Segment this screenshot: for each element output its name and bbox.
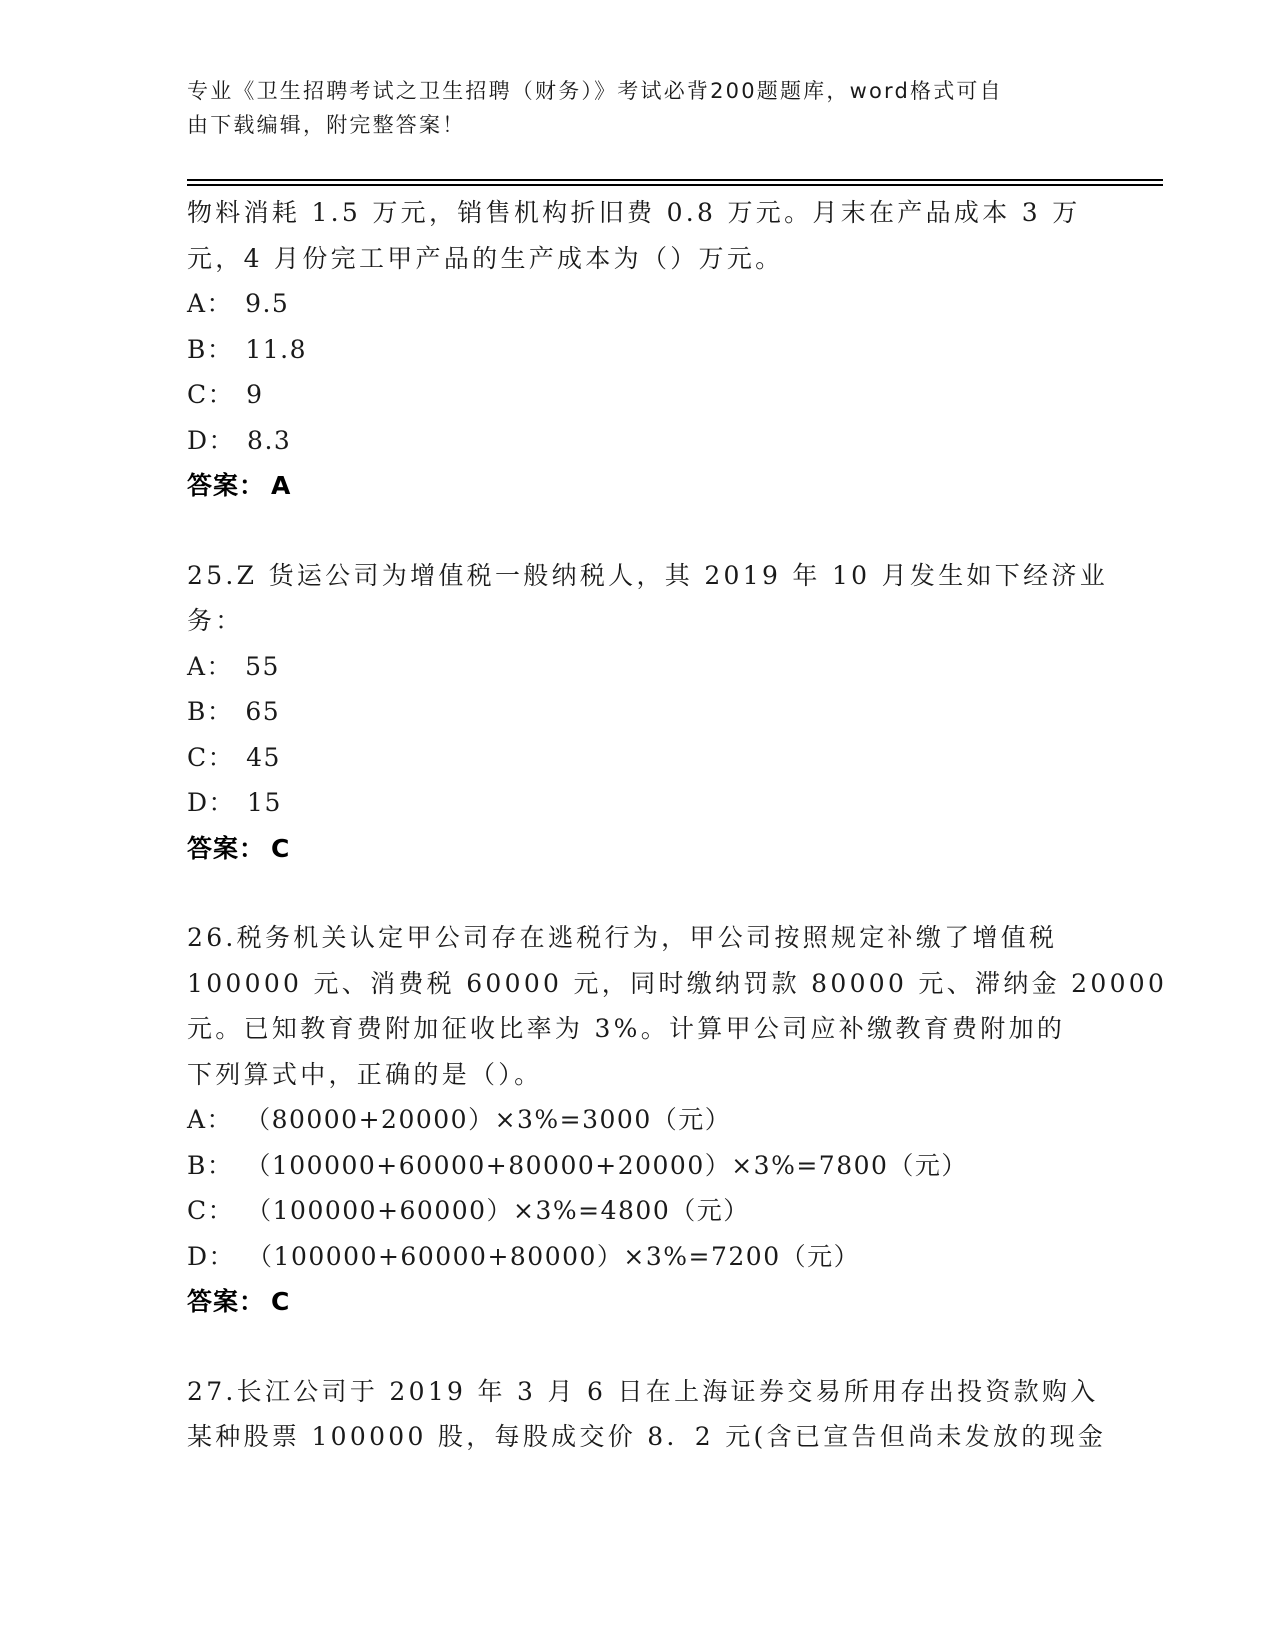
option-letter: C： <box>187 372 234 418</box>
option-value: 15 <box>247 780 282 826</box>
answer-label: 答案： <box>187 834 265 863</box>
option-value: （100000+60000+80000）×3%=7200（元） <box>247 1234 860 1280</box>
option-value: 45 <box>246 735 281 781</box>
answer-value: C <box>271 1287 290 1316</box>
option-b: B：65 <box>187 689 1087 735</box>
document-header: 专业《卫生招聘考试之卫生招聘（财务）》考试必背200题题库，word格式可自 由… <box>187 74 1067 142</box>
question-stem-line: 25.Z 货运公司为增值税一般纳税人，其 2019 年 10 月发生如下经济业 <box>187 553 1087 599</box>
question-stem-line: 下列算式中，正确的是（）。 <box>187 1052 1087 1098</box>
option-letter: D： <box>187 1234 235 1280</box>
option-letter: D： <box>187 418 235 464</box>
option-value: 55 <box>245 644 280 690</box>
option-d: D：15 <box>187 780 1087 826</box>
header-title-line-1: 专业《卫生招聘考试之卫生招聘（财务）》考试必背200题题库，word格式可自 <box>187 74 1067 108</box>
option-letter: B： <box>187 327 233 373</box>
option-c: C：45 <box>187 735 1087 781</box>
option-a: A：（80000+20000）×3%=3000（元） <box>187 1097 1087 1143</box>
question-spacer <box>187 871 1087 915</box>
question-27: 27.长江公司于 2019 年 3 月 6 日在上海证券交易所用存出投资款购入 … <box>187 1369 1087 1460</box>
question-stem-line: 26.税务机关认定甲公司存在逃税行为，甲公司按照规定补缴了增值税 <box>187 915 1087 961</box>
option-b: B：11.8 <box>187 327 1087 373</box>
option-d: D：8.3 <box>187 418 1087 464</box>
option-c: C：9 <box>187 372 1087 418</box>
option-letter: A： <box>187 1097 233 1143</box>
option-value: 9.5 <box>245 281 289 327</box>
option-value: （80000+20000）×3%=3000（元） <box>245 1097 731 1143</box>
option-c: C：（100000+60000）×3%=4800（元） <box>187 1188 1087 1234</box>
option-value: 11.8 <box>245 327 307 373</box>
question-spacer <box>187 1325 1087 1369</box>
option-letter: C： <box>187 1188 234 1234</box>
question-spacer <box>187 509 1087 553</box>
option-a: A：9.5 <box>187 281 1087 327</box>
header-divider-thin <box>187 184 1163 186</box>
question-stem-line: 某种股票 100000 股，每股成交价 8．2 元(含已宣告但尚未发放的现金 <box>187 1414 1087 1460</box>
option-d: D：（100000+60000+80000）×3%=7200（元） <box>187 1234 1087 1280</box>
answer-label: 答案： <box>187 1287 265 1316</box>
question-stem-line: 元。已知教育费附加征收比率为 3%。计算甲公司应补缴教育费附加的 <box>187 1006 1087 1052</box>
question-stem-line: 100000 元、消费税 60000 元，同时缴纳罚款 80000 元、滞纳金 … <box>187 961 1087 1007</box>
answer-value: C <box>271 834 290 863</box>
answer-line: 答案：A <box>187 463 1087 509</box>
option-value: （100000+60000+80000+20000）×3%=7800（元） <box>245 1143 968 1189</box>
option-letter: A： <box>187 644 233 690</box>
question-24: 物料消耗 1.5 万元，销售机构折旧费 0.8 万元。月末在产品成本 3 万 元… <box>187 190 1087 509</box>
question-25: 25.Z 货运公司为增值税一般纳税人，其 2019 年 10 月发生如下经济业 … <box>187 553 1087 872</box>
document-body: 物料消耗 1.5 万元，销售机构折旧费 0.8 万元。月末在产品成本 3 万 元… <box>187 190 1087 1460</box>
answer-line: 答案：C <box>187 826 1087 872</box>
option-letter: B： <box>187 689 233 735</box>
question-stem-line: 元，4 月份完工甲产品的生产成本为（）万元。 <box>187 236 1087 282</box>
question-stem-line: 物料消耗 1.5 万元，销售机构折旧费 0.8 万元。月末在产品成本 3 万 <box>187 190 1087 236</box>
option-letter: D： <box>187 780 235 826</box>
option-value: 8.3 <box>247 418 291 464</box>
option-value: 9 <box>246 372 263 418</box>
option-a: A：55 <box>187 644 1087 690</box>
answer-value: A <box>271 471 291 500</box>
option-letter: B： <box>187 1143 233 1189</box>
header-divider-thick <box>187 179 1163 181</box>
answer-line: 答案：C <box>187 1279 1087 1325</box>
question-26: 26.税务机关认定甲公司存在逃税行为，甲公司按照规定补缴了增值税 100000 … <box>187 915 1087 1325</box>
option-letter: A： <box>187 281 233 327</box>
option-value: （100000+60000）×3%=4800（元） <box>246 1188 750 1234</box>
answer-label: 答案： <box>187 471 265 500</box>
option-letter: C： <box>187 735 234 781</box>
question-stem-line: 27.长江公司于 2019 年 3 月 6 日在上海证券交易所用存出投资款购入 <box>187 1369 1087 1415</box>
header-title-line-2: 由下载编辑，附完整答案！ <box>187 108 1067 142</box>
option-b: B：（100000+60000+80000+20000）×3%=7800（元） <box>187 1143 1087 1189</box>
option-value: 65 <box>245 689 280 735</box>
question-stem-line: 务： <box>187 598 1087 644</box>
